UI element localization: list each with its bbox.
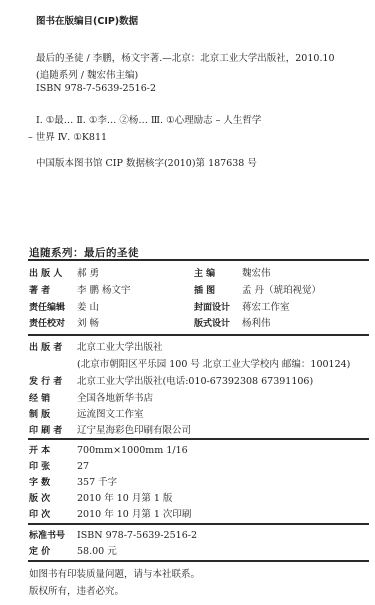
credit-row: 责任校对 刘 畅 [29, 317, 169, 331]
cip-series-line: (追随系列 / 魏宏伟主编) [36, 67, 138, 81]
credit-row: 出 版 人 郝 勇 [29, 267, 169, 281]
publishing-label: 经 销 [29, 392, 50, 406]
credit-label: 插 图 [194, 284, 215, 298]
publishing-row: (北京市朝阳区平乐园 100 号 北京工业大学校内 邮编：100124) [29, 358, 369, 372]
spec-value: 27 [77, 460, 89, 474]
credit-row: 封面设计 蒋宏工作室 [194, 301, 369, 315]
publishing-row: 经 销 全国各地新华书店 [29, 392, 369, 406]
publishing-value: 北京工业大学出版社(电话:010-67392308 67391106) [77, 375, 313, 389]
spec-value: 2010 年 10 月第 1 次印刷 [77, 508, 191, 522]
publishing-row: 发 行 者 北京工业大学出版社(电话:010-67392308 67391106… [29, 375, 369, 389]
spec-row: 开 本 700mm×1000mm 1/16 [29, 444, 369, 458]
pricing-value: ISBN 978-7-5639-2516-2 [77, 529, 197, 543]
divider-rule [28, 438, 369, 440]
pricing-row: 标准书号 ISBN 978-7-5639-2516-2 [29, 529, 369, 543]
credit-label: 主 编 [194, 267, 215, 281]
publishing-label: 印 刷 者 [29, 424, 62, 438]
credit-value: 刘 畅 [77, 317, 99, 331]
credit-label: 版式设计 [194, 317, 230, 331]
credit-row: 著 者 李 鹏 杨文宇 [29, 284, 169, 298]
credit-value: 魏宏伟 [242, 267, 271, 281]
cip-classification-line-1: Ⅰ. ①最… Ⅱ. ①李… ②杨… Ⅲ. ①心理励志 – 人生哲学 [36, 112, 261, 126]
spec-label: 字 数 [29, 476, 50, 490]
pricing-label: 标准书号 [29, 529, 65, 543]
spec-value: 357 千字 [77, 476, 117, 490]
cip-heading: 图书在版编目(CIP)数据 [36, 13, 138, 27]
credit-row: 插 图 孟 丹（琥珀视觉） [194, 284, 369, 298]
credit-label: 著 者 [29, 284, 50, 298]
spec-label: 开 本 [29, 444, 50, 458]
divider-rule [28, 560, 369, 562]
pricing-label: 定 价 [29, 545, 50, 559]
publishing-row: 制 版 远流图文工作室 [29, 408, 369, 422]
spec-row: 印 次 2010 年 10 月第 1 次印刷 [29, 508, 369, 522]
credit-label: 责任校对 [29, 317, 65, 331]
publishing-row: 出 版 者 北京工业大学出版社 [29, 341, 369, 355]
pricing-value: 58.00 元 [77, 545, 117, 559]
credit-row: 版式设计 杨利伟 [194, 317, 369, 331]
spec-label: 印 次 [29, 508, 50, 522]
divider-rule [28, 523, 369, 525]
credit-label: 封面设计 [194, 301, 230, 315]
spec-label: 印 张 [29, 460, 50, 474]
spec-value: 2010 年 10 月第 1 版 [77, 492, 172, 506]
credit-row: 责任编辑 姜 山 [29, 301, 169, 315]
credit-value: 姜 山 [77, 301, 99, 315]
credit-value: 孟 丹（琥珀视觉） [242, 284, 321, 298]
divider-rule [28, 259, 369, 261]
quality-notice: 如图书有印装质量问题，请与本社联系。 [29, 566, 200, 580]
divider-rule [28, 334, 369, 336]
spec-value: 700mm×1000mm 1/16 [77, 444, 188, 458]
publishing-value: 全国各地新华书店 [77, 392, 153, 406]
spec-row: 版 次 2010 年 10 月第 1 版 [29, 492, 369, 506]
publishing-value: 远流图文工作室 [77, 408, 144, 422]
publishing-label: 出 版 者 [29, 341, 62, 355]
credit-value: 杨利伟 [242, 317, 271, 331]
spec-row: 字 数 357 千字 [29, 476, 369, 490]
publishing-value: 北京工业大学出版社 [77, 341, 163, 355]
credit-value: 郝 勇 [77, 267, 99, 281]
cip-isbn-line: ISBN 978-7-5639-2516-2 [36, 83, 156, 94]
publishing-value: 辽宁星海彩色印刷有限公司 [77, 424, 191, 438]
spec-label: 版 次 [29, 492, 50, 506]
credit-row: 主 编 魏宏伟 [194, 267, 369, 281]
series-title: 追随系列：最后的圣徒 [29, 245, 139, 260]
publishing-row: 印 刷 者 辽宁星海彩色印刷有限公司 [29, 424, 369, 438]
credit-label: 责任编辑 [29, 301, 65, 315]
cip-classification-line-2: – 世界 Ⅳ. ①K811 [28, 129, 107, 143]
cip-record-number: 中国版本图书馆 CIP 数据核字(2010)第 187638 号 [36, 155, 257, 169]
publishing-label: 发 行 者 [29, 375, 62, 389]
cip-bibliographic-line: 最后的圣徒 / 李鹏，杨文宇著.—北京：北京工业大学出版社，2010.10 [36, 50, 335, 64]
publishing-value: (北京市朝阳区平乐园 100 号 北京工业大学校内 邮编：100124) [77, 358, 350, 372]
publishing-label: 制 版 [29, 408, 50, 422]
copyright-notice: 版权所有，违者必究。 [29, 583, 124, 597]
credit-label: 出 版 人 [29, 267, 62, 281]
pricing-row: 定 价 58.00 元 [29, 545, 369, 559]
credit-value: 李 鹏 杨文宇 [77, 284, 131, 298]
credit-value: 蒋宏工作室 [242, 301, 290, 315]
spec-row: 印 张 27 [29, 460, 369, 474]
